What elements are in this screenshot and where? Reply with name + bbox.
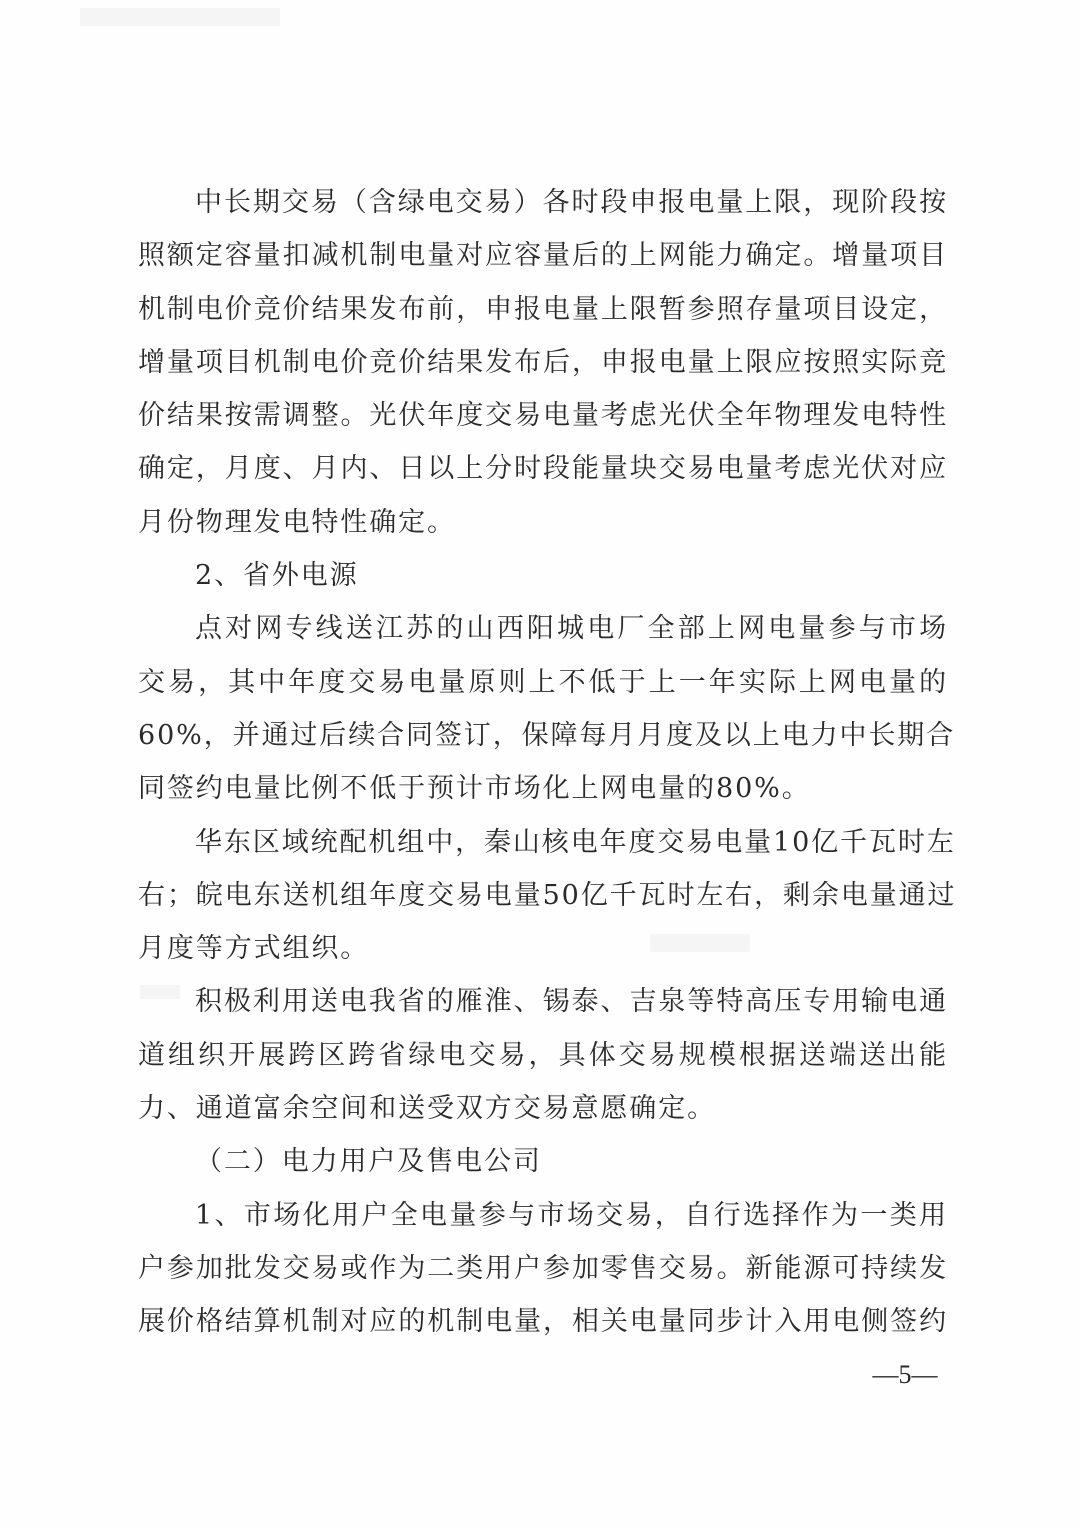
section-heading-external-power: 2、省外电源 bbox=[138, 549, 948, 602]
text-line: 右；皖电东送机组年度交易电量50亿千瓦时左右，剩余电量通过 bbox=[138, 869, 948, 922]
text-line: 照额定容量扣减机制电量对应容量后的上网能力确定。增量项目 bbox=[138, 229, 948, 282]
text-line: 价结果按需调整。光伏年度交易电量考虑光伏全年物理发电特性 bbox=[138, 389, 948, 442]
text-line: 积极利用送电我省的雁淮、锡泰、吉泉等特高压专用输电通 bbox=[138, 975, 948, 1028]
text-line: 月度等方式组织。 bbox=[138, 922, 948, 975]
text-line: 月份物理发电特性确定。 bbox=[138, 496, 948, 549]
text-line: 同签约电量比例不低于预计市场化上网电量的80%。 bbox=[138, 762, 948, 815]
text-line: 户参加批发交易或作为二类用户参加零售交易。新能源可持续发 bbox=[138, 1242, 948, 1295]
text-line: 展价格结算机制对应的机制电量，相关电量同步计入用电侧签约 bbox=[138, 1295, 948, 1348]
page-number: —5— bbox=[860, 1358, 950, 1392]
paragraph-trading-limits: 中长期交易（含绿电交易）各时段申报电量上限，现阶段按 照额定容量扣减机制电量对应… bbox=[138, 176, 948, 549]
text-line: 交易，其中年度交易电量原则上不低于上一年实际上网电量的 bbox=[138, 656, 948, 709]
paragraph-east-china-units: 华东区域统配机组中，秦山核电年度交易电量10亿千瓦时左 右；皖电东送机组年度交易… bbox=[138, 816, 948, 976]
document-page: 中长期交易（含绿电交易）各时段申报电量上限，现阶段按 照额定容量扣减机制电量对应… bbox=[0, 0, 1080, 1527]
text-line: 机制电价竞价结果发布前，申报电量上限暂参照存量项目设定， bbox=[138, 283, 948, 336]
text-line: 道组织开展跨区跨省绿电交易，具体交易规模根据送端送出能 bbox=[138, 1029, 948, 1082]
text-line: 增量项目机制电价竞价结果发布后，申报电量上限应按照实际竞 bbox=[138, 336, 948, 389]
text-line: 确定，月度、月内、日以上分时段能量块交易电量考虑光伏对应 bbox=[138, 442, 948, 495]
paragraph-yangcheng-plant: 点对网专线送江苏的山西阳城电厂全部上网电量参与市场 交易，其中年度交易电量原则上… bbox=[138, 602, 948, 815]
paragraph-market-users: 1、市场化用户全电量参与市场交易，自行选择作为一类用 户参加批发交易或作为二类用… bbox=[138, 1189, 948, 1349]
text-line: 60%，并通过后续合同签订，保障每月月度及以上电力中长期合 bbox=[138, 709, 948, 762]
text-line: 点对网专线送江苏的山西阳城电厂全部上网电量参与市场 bbox=[138, 602, 948, 655]
text-line: 力、通道富余空间和送受双方交易意愿确定。 bbox=[138, 1082, 948, 1135]
text-line: 中长期交易（含绿电交易）各时段申报电量上限，现阶段按 bbox=[138, 176, 948, 229]
scan-artifact bbox=[80, 8, 280, 26]
section-heading-users-retailers: （二）电力用户及售电公司 bbox=[138, 1135, 948, 1188]
paragraph-uhv-green-trading: 积极利用送电我省的雁淮、锡泰、吉泉等特高压专用输电通 道组织开展跨区跨省绿电交易… bbox=[138, 975, 948, 1135]
document-body: 中长期交易（含绿电交易）各时段申报电量上限，现阶段按 照额定容量扣减机制电量对应… bbox=[138, 176, 948, 1349]
text-line: 华东区域统配机组中，秦山核电年度交易电量10亿千瓦时左 bbox=[138, 816, 948, 869]
text-line: 1、市场化用户全电量参与市场交易，自行选择作为一类用 bbox=[138, 1189, 948, 1242]
